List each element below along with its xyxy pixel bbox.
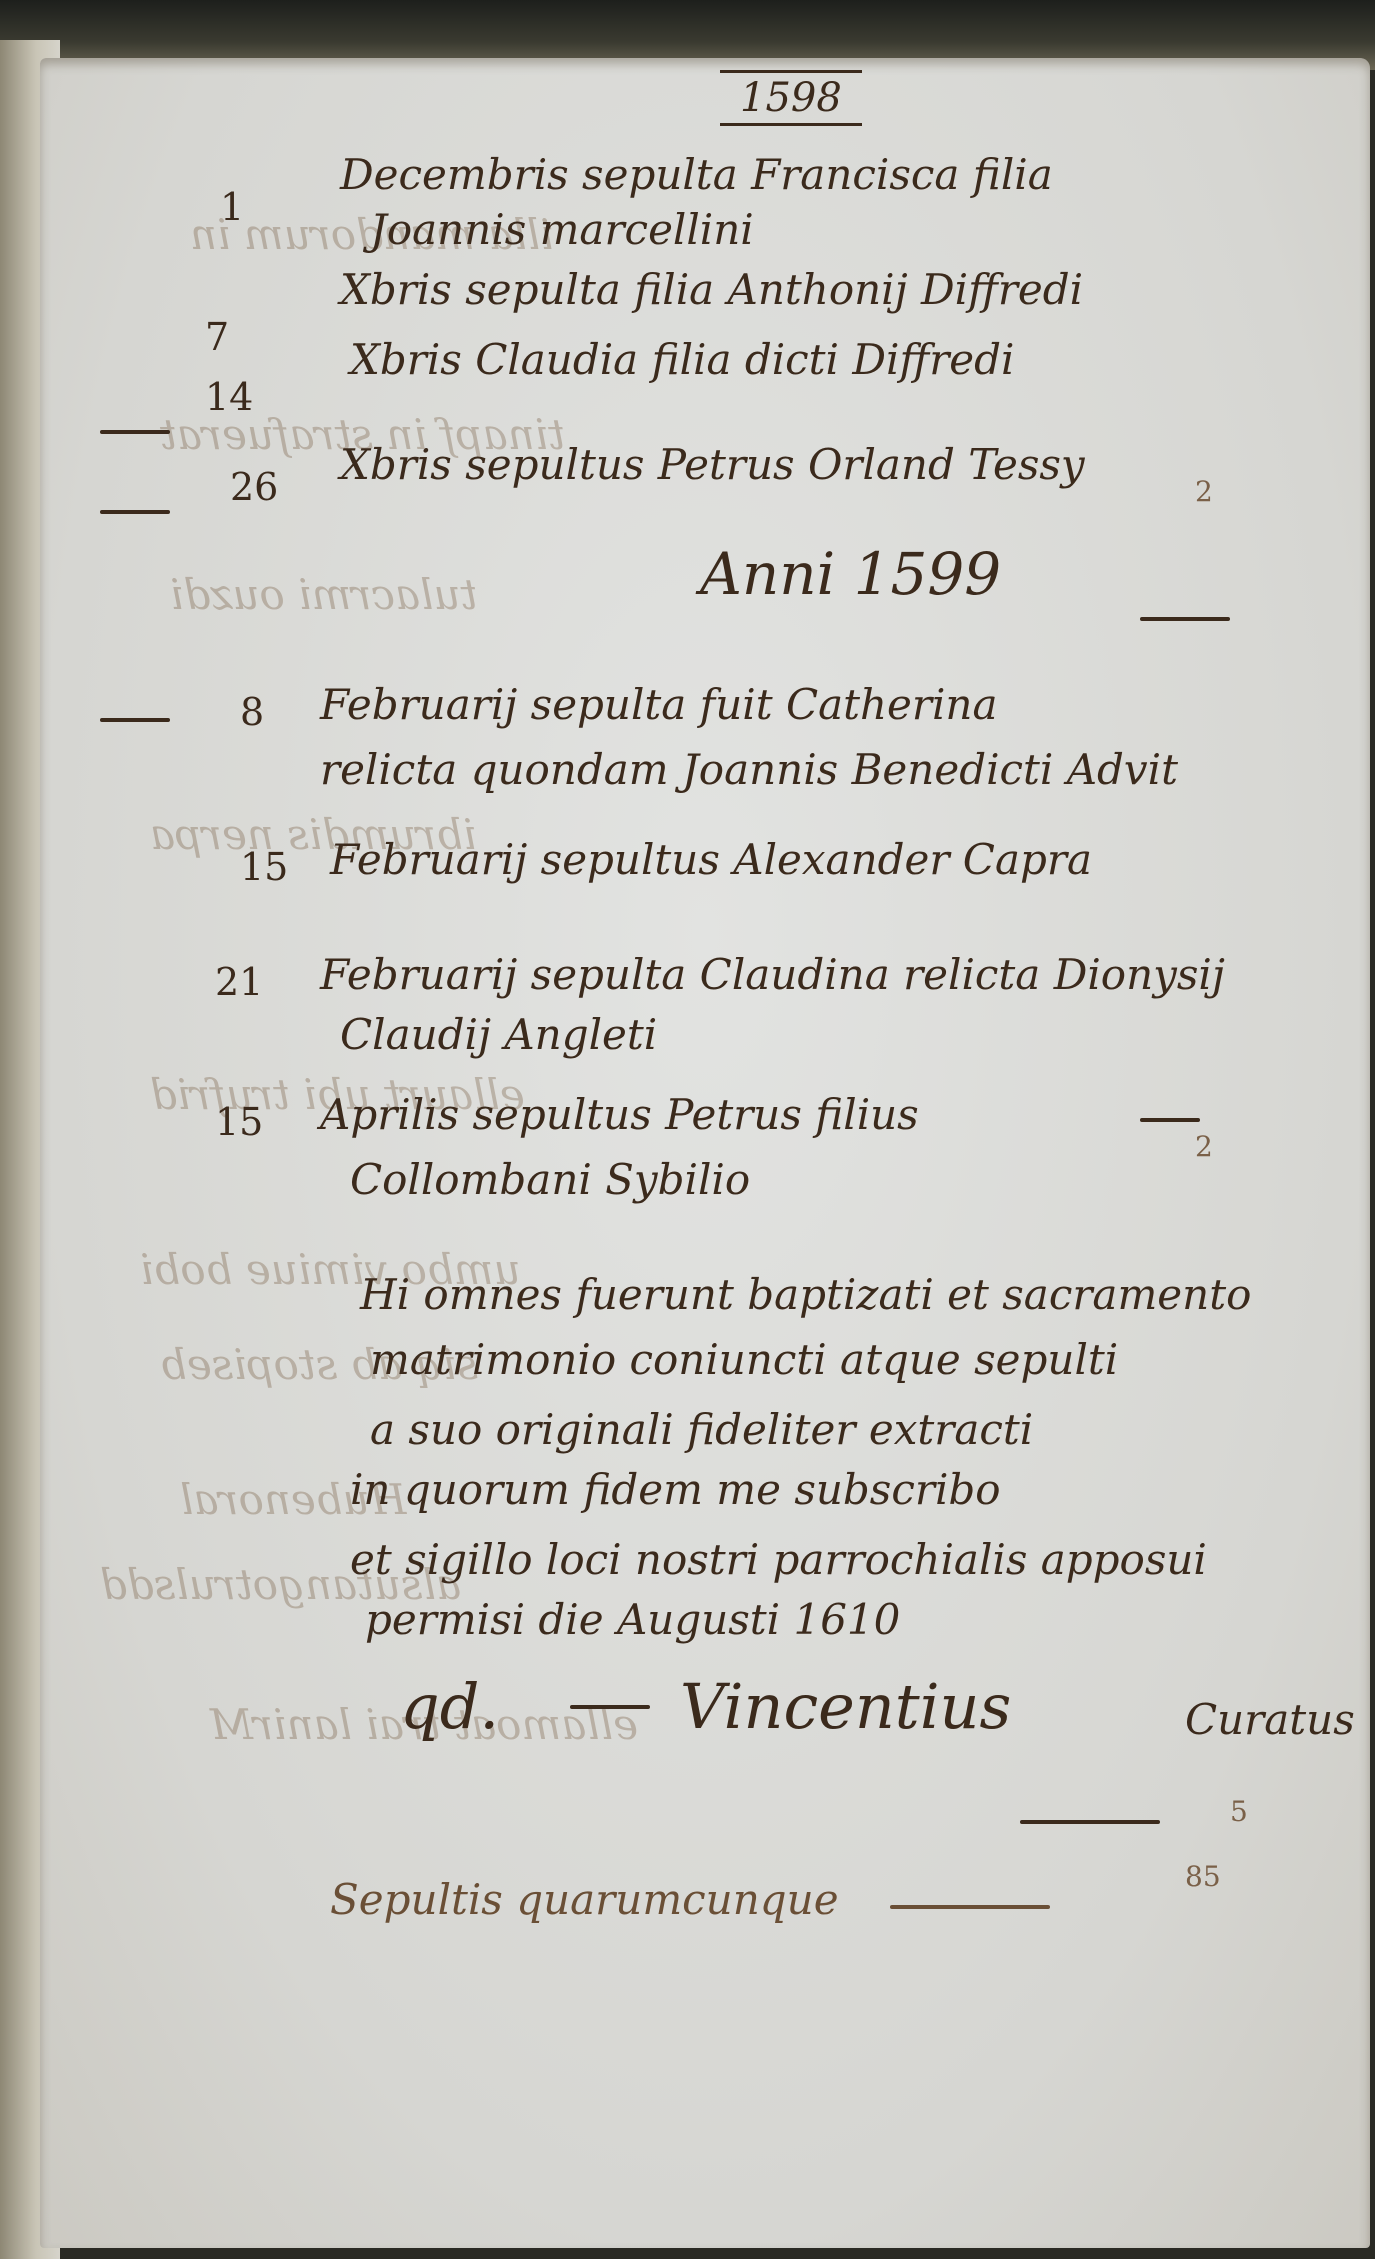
signature-abbrev: qd. — [400, 1670, 499, 1743]
entry-line: Decembris sepulta Francisca filia — [340, 150, 1053, 199]
signature-name: Vincentius — [680, 1670, 1011, 1743]
entry-line: Februarij sepultus Alexander Capra — [330, 835, 1092, 884]
bottom-rule — [890, 1905, 1050, 1909]
entry-day: 7 — [205, 315, 229, 359]
certification-line: et sigillo loci nostri parrochialis appo… — [350, 1535, 1207, 1584]
entry-day: 1 — [220, 185, 244, 229]
certification-line: permisi die Augusti 1610 — [365, 1595, 900, 1644]
margin-dash — [100, 510, 170, 514]
bottom-line: Sepultis quarumcunque — [330, 1875, 839, 1924]
heading-dash — [1140, 617, 1230, 621]
certification-line: a suo originali fideliter extracti — [370, 1405, 1033, 1454]
bleed-through-text: tulacrmi ouzdi — [170, 570, 477, 619]
entry-line: Aprilis sepultus Petrus filius — [320, 1090, 919, 1139]
entry-line: Joannis marcellini — [370, 205, 754, 254]
entry-line: relicta quondam Joannis Benedicti Advit — [320, 745, 1178, 794]
margin-mark: 2 — [1195, 475, 1213, 508]
entry-day: 14 — [205, 375, 253, 419]
entry-line: Februarij sepulta Claudina relicta Diony… — [320, 950, 1225, 999]
entry-day: 21 — [215, 960, 263, 1004]
header-year: 1598 — [720, 70, 862, 126]
entry-day: 15 — [215, 1100, 263, 1144]
entry-line: Collombani Sybilio — [350, 1155, 750, 1204]
margin-dash — [1140, 1118, 1200, 1122]
entry-day: 8 — [240, 690, 264, 734]
margin-mark: 85 — [1185, 1860, 1221, 1893]
margin-dash — [100, 718, 170, 722]
certification-line: matrimonio coniuncti atque sepulti — [370, 1335, 1118, 1384]
signature-underline — [1020, 1820, 1160, 1824]
signature-title: Curatus — [1185, 1695, 1355, 1744]
entry-line: Claudij Angleti — [340, 1010, 657, 1059]
entry-day: 26 — [230, 465, 278, 509]
margin-dash — [100, 430, 170, 434]
entry-line: Xbris Claudia filia dicti Diffredi — [350, 335, 1014, 384]
margin-mark: 2 — [1195, 1130, 1213, 1163]
signature-dash — [570, 1705, 650, 1709]
entry-line: Februarij sepulta fuit Catherina — [320, 680, 998, 729]
section-heading-1599: Anni 1599 — [700, 540, 1001, 608]
entry-line: Xbris sepulta filia Anthonij Diffredi — [340, 265, 1083, 314]
margin-mark: 5 — [1230, 1795, 1248, 1828]
entry-line: Xbris sepultus Petrus Orland Tessy — [340, 440, 1085, 489]
certification-line: Hi omnes fuerunt baptizati et sacramento — [360, 1270, 1251, 1319]
certification-line: in quorum fidem me subscribo — [350, 1465, 1001, 1514]
entry-day: 15 — [240, 845, 288, 889]
